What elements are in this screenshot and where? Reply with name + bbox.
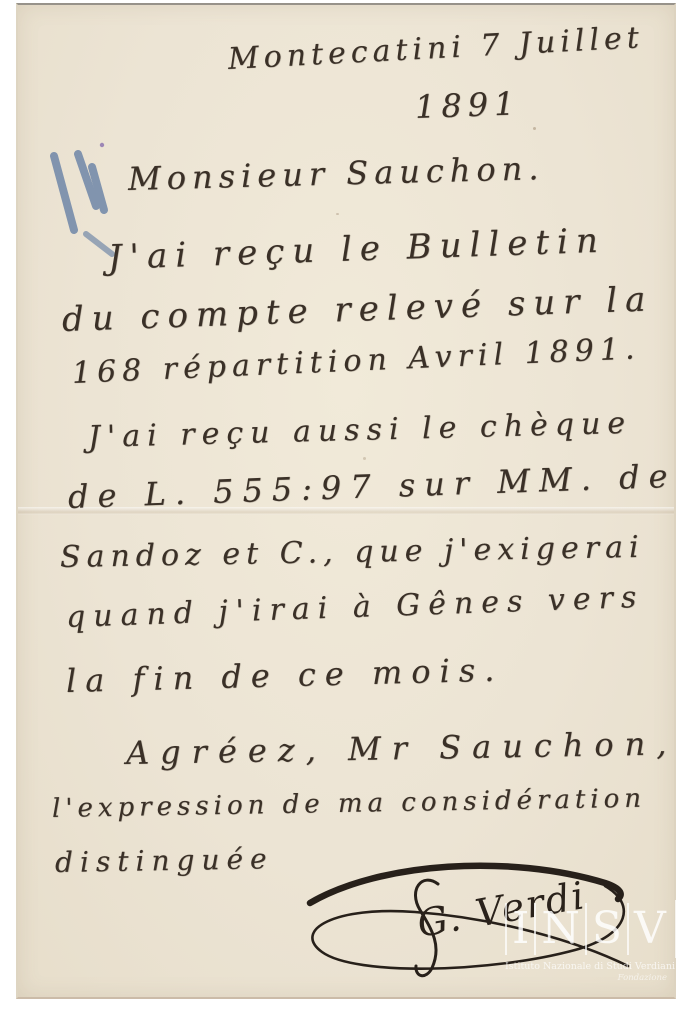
- watermark-end-bar: [675, 900, 677, 958]
- watermark-letter-v: V: [627, 903, 671, 955]
- watermark-institute-name: Istituto Nazionale di Studi Verdiani: [505, 961, 675, 972]
- paper-speck: [336, 213, 339, 215]
- watermark-subtitle: Fondazione: [505, 973, 675, 983]
- purple-speck: [100, 143, 104, 147]
- scan-background: { "document": { "type": "handwritten let…: [0, 0, 700, 1011]
- watermark-letter-n: N: [534, 903, 585, 955]
- paper-speck: [363, 457, 366, 460]
- watermark-letters: I N S V: [505, 900, 675, 958]
- dateline-year: 1891: [414, 84, 521, 126]
- insv-watermark: I N S V Istituto Nazionale di Studi Verd…: [505, 900, 675, 983]
- closing-line: distinguée: [55, 842, 274, 879]
- paper-speck: [533, 127, 536, 130]
- watermark-letter-i: I: [505, 903, 534, 955]
- watermark-letter-s: S: [585, 903, 627, 955]
